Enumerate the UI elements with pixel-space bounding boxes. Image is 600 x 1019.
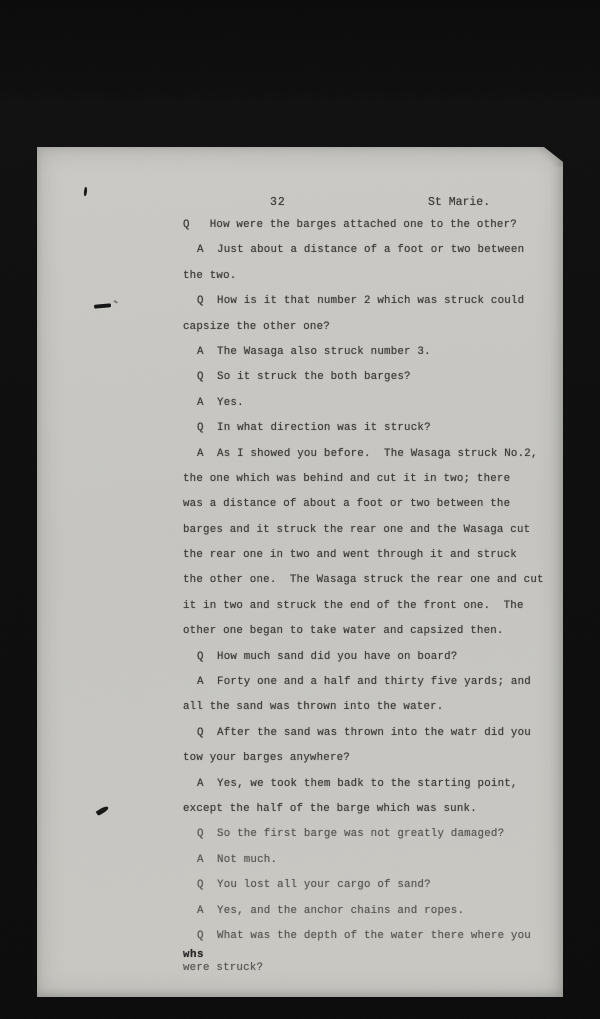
page-corner-fold	[537, 147, 563, 167]
transcript-body: Q How were the barges attached one to th…	[183, 213, 563, 974]
transcript-line: Q You lost all your cargo of sand?	[183, 873, 563, 898]
transcript-line: A Just about a distance of a foot or two…	[183, 238, 563, 263]
transcript-line: A Not much.	[183, 848, 563, 873]
transcript-line: A Yes, and the anchor chains and ropes.	[183, 899, 563, 924]
transcript-line: A Yes, we took them badk to the starting…	[183, 772, 563, 797]
transcript-line: other one began to take water and capsiz…	[183, 619, 563, 644]
transcript-line: Q So it struck the both barges?	[183, 365, 563, 390]
transcript-line: Q So the first barge was not greatly dam…	[183, 822, 563, 847]
transcript-line: Q In what direction was it struck?	[183, 416, 563, 441]
transcript-line: A Forty one and a half and thirty five y…	[183, 670, 563, 695]
transcript-line: capsize the other one?	[183, 315, 563, 340]
transcript-line: except the half of the barge which was s…	[183, 797, 563, 822]
transcript-line: was a distance of about a foot or two be…	[183, 492, 563, 517]
transcript-line: Q How is it that number 2 which was stru…	[183, 289, 563, 314]
photo-background: 32 St Marie. Q How were the barges attac…	[0, 0, 600, 1019]
transcript-line: A The Wasaga also struck number 3.	[183, 340, 563, 365]
transcript-line: it in two and struck the end of the fron…	[183, 594, 563, 619]
transcript-line: Q How much sand did you have on board?	[183, 645, 563, 670]
document-page: 32 St Marie. Q How were the barges attac…	[37, 147, 563, 997]
transcript-line: tow your barges anywhere?	[183, 746, 563, 771]
pencil-flick-mark	[96, 805, 110, 816]
transcript-line: barges and it struck the rear one and th…	[183, 518, 563, 543]
transcript-line: were struck?	[183, 962, 563, 975]
transcript-line: all the sand was thrown into the water.	[183, 695, 563, 720]
transcript-line: Q How were the barges attached one to th…	[183, 213, 563, 238]
page-number: 32	[270, 196, 286, 209]
transcript-line: Q After the sand was thrown into the wat…	[183, 721, 563, 746]
transcript-line: the rear one in two and went through it …	[183, 543, 563, 568]
transcript-line: the one which was behind and cut it in t…	[183, 467, 563, 492]
transcript-line: Q What was the depth of the water there …	[183, 924, 563, 949]
transcript-line: the other one. The Wasaga struck the rea…	[183, 568, 563, 593]
transcript-line: the two.	[183, 264, 563, 289]
pencil-dash-mark	[94, 303, 111, 308]
pencil-tick-mark	[83, 187, 87, 196]
transcript-line: A As I showed you before. The Wasaga str…	[183, 442, 563, 467]
transcript-line: A Yes.	[183, 391, 563, 416]
header-witness-name: St Marie.	[428, 196, 490, 209]
transcript-line: whs	[183, 949, 563, 962]
